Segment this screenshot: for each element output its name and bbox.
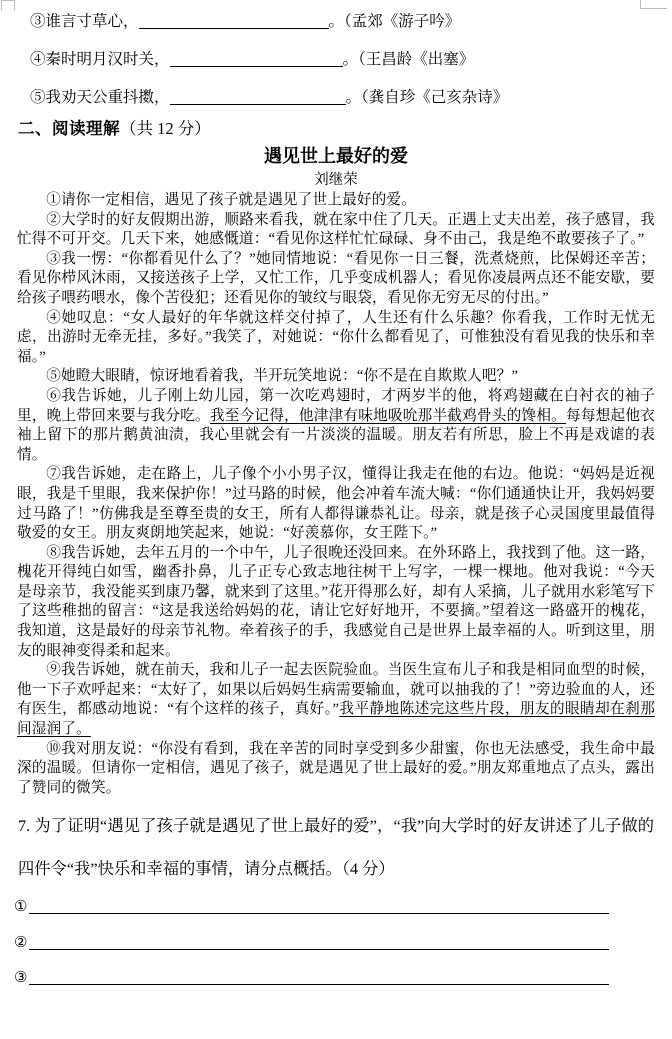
fill-in-post-text: 。（孟郊《游子吟》 — [329, 13, 461, 30]
article-title: 遇见世上最好的爱 — [0, 143, 672, 169]
answer-number: ② — [14, 935, 27, 951]
answer-row-1: ① — [14, 890, 672, 926]
answer-blank-line[interactable] — [170, 51, 343, 68]
answer-blank-line[interactable] — [139, 13, 329, 30]
fill-in-line-5: ⑤我劝天公重抖擞，。（龚自珍《己亥杂诗》 — [30, 79, 672, 117]
fill-in-line-3: ③谁言寸草心，。（孟郊《游子吟》 — [30, 3, 672, 41]
article-paragraph: ⑧我告诉她，去年五月的一个中午，儿子很晚还没回来。在外环路上，我找到了他。这一路… — [0, 544, 672, 662]
fill-in-post-text: 。（王昌龄《出塞》 — [343, 51, 475, 68]
section-heading-bold: 二、阅读理解 — [18, 119, 120, 138]
fill-in-pre-text: ④秦时明月汉时关， — [30, 51, 170, 68]
poetry-fill-in-section: ③谁言寸草心，。（孟郊《游子吟》 ④秦时明月汉时关，。（王昌龄《出塞》 ⑤我劝天… — [0, 0, 672, 117]
article-paragraph: ⑦我告诉她，走在路上，儿子像个小小男子汉，懂得让我走在他的右边。他说：“妈妈是近… — [0, 465, 672, 543]
paragraph-text: ⑧我告诉她，去年五月的一个中午，儿子很晚还没回来。在外环路上，我找到了他。这一路… — [17, 545, 655, 659]
paragraph-text: ④她叹息：“女人最好的年华就这样交付掉了，人生还有什么乐趣？你看我，工作时无忧无… — [17, 310, 655, 365]
answer-row-3: ③ — [14, 961, 672, 997]
answer-blank-line[interactable] — [29, 969, 609, 985]
answer-section: ① ② ③ — [14, 890, 672, 997]
answer-number: ① — [14, 899, 27, 915]
fill-in-pre-text: ③谁言寸草心， — [30, 13, 139, 30]
exam-page: ③谁言寸草心，。（孟郊《游子吟》 ④秦时明月汉时关，。（王昌龄《出塞》 ⑤我劝天… — [0, 0, 672, 1039]
answer-blank-line[interactable] — [29, 934, 609, 950]
answer-number: ③ — [14, 970, 27, 986]
article-paragraph: ①请你一定相信，遇见了孩子就是遇见了世上最好的爱。 — [0, 191, 672, 211]
article-paragraph: ④她叹息：“女人最好的年华就这样交付掉了，人生还有什么乐趣？你看我，工作时无忧无… — [0, 309, 672, 368]
fill-in-post-text: 。（龚自珍《己亥杂诗》 — [346, 89, 509, 106]
paragraph-text: ⑦我告诉她，走在路上，儿子像个小小男子汉，懂得让我走在他的右边。他说：“妈妈是近… — [17, 466, 655, 541]
article-author: 刘继荣 — [0, 169, 672, 191]
article-paragraph: ⑤她瞪大眼睛，惊讶地看着我，半开玩笑地说：“你不是在自欺欺人吧？” — [0, 367, 672, 387]
paragraph-text: ⑤她瞪大眼睛，惊讶地看着我，半开玩笑地说：“你不是在自欺欺人吧？” — [46, 368, 518, 384]
paragraph-text: ②大学时的好友假期出游，顺路来看我，就在家中住了几天。正遇上丈夫出差，孩子感冒，… — [17, 212, 655, 248]
answer-blank-line[interactable] — [170, 89, 346, 106]
article-body: ①请你一定相信，遇见了孩子就是遇见了世上最好的爱。②大学时的好友假期出游，顺路来… — [0, 191, 672, 798]
section-heading-points: （共 12 分） — [120, 119, 211, 138]
section-heading: 二、阅读理解（共 12 分） — [18, 117, 672, 141]
fill-in-line-4: ④秦时明月汉时关，。（王昌龄《出塞》 — [30, 41, 672, 79]
article-paragraph: ⑨我告诉她，就在前天，我和儿子一起去医院验血。当医生宣布儿子和我是相同血型的时候… — [0, 661, 672, 739]
table-corner-mark-left — [1, 0, 15, 10]
fill-in-pre-text: ⑤我劝天公重抖擞， — [30, 89, 170, 106]
article-paragraph: ⑥我告诉她，儿子刚上幼儿园，第一次吃鸡翅时，才两岁半的他，将鸡翅藏在白衬衣的袖子… — [0, 387, 672, 465]
paragraph-text: ③我一愣：“你都看见什么了？”她同情地说：“看见你一日三餐，洗煮烧煎，比保姆还辛… — [17, 251, 655, 306]
underlined-text: 我至今记得，他津津有味地吸吮那半截鸡骨头的馋相。 — [210, 408, 566, 424]
answer-blank-line[interactable] — [29, 898, 609, 914]
paragraph-text: ①请你一定相信，遇见了孩子就是遇见了世上最好的爱。 — [46, 192, 416, 208]
article-paragraph: ②大学时的好友假期出游，顺路来看我，就在家中住了几天。正遇上丈夫出差，孩子感冒，… — [0, 211, 672, 250]
article-paragraph: ③我一愣：“你都看见什么了？”她同情地说：“看见你一日三餐，洗煮烧煎，比保姆还辛… — [0, 250, 672, 309]
article-paragraph: ⑩我对朋友说：“你没有看到，我在辛苦的同时享受到多少甜蜜，你也无法感受，我生命中… — [0, 740, 672, 799]
answer-row-2: ② — [14, 926, 672, 962]
table-corner-mark-right — [640, 0, 667, 9]
question-7: 7. 为了证明“遇见了孩子就是遇见了世上最好的爱”，“我”向大学时的好友讲述了儿… — [18, 804, 654, 890]
paragraph-text: ⑩我对朋友说：“你没有看到，我在辛苦的同时享受到多少甜蜜，你也无法感受，我生命中… — [17, 741, 655, 796]
